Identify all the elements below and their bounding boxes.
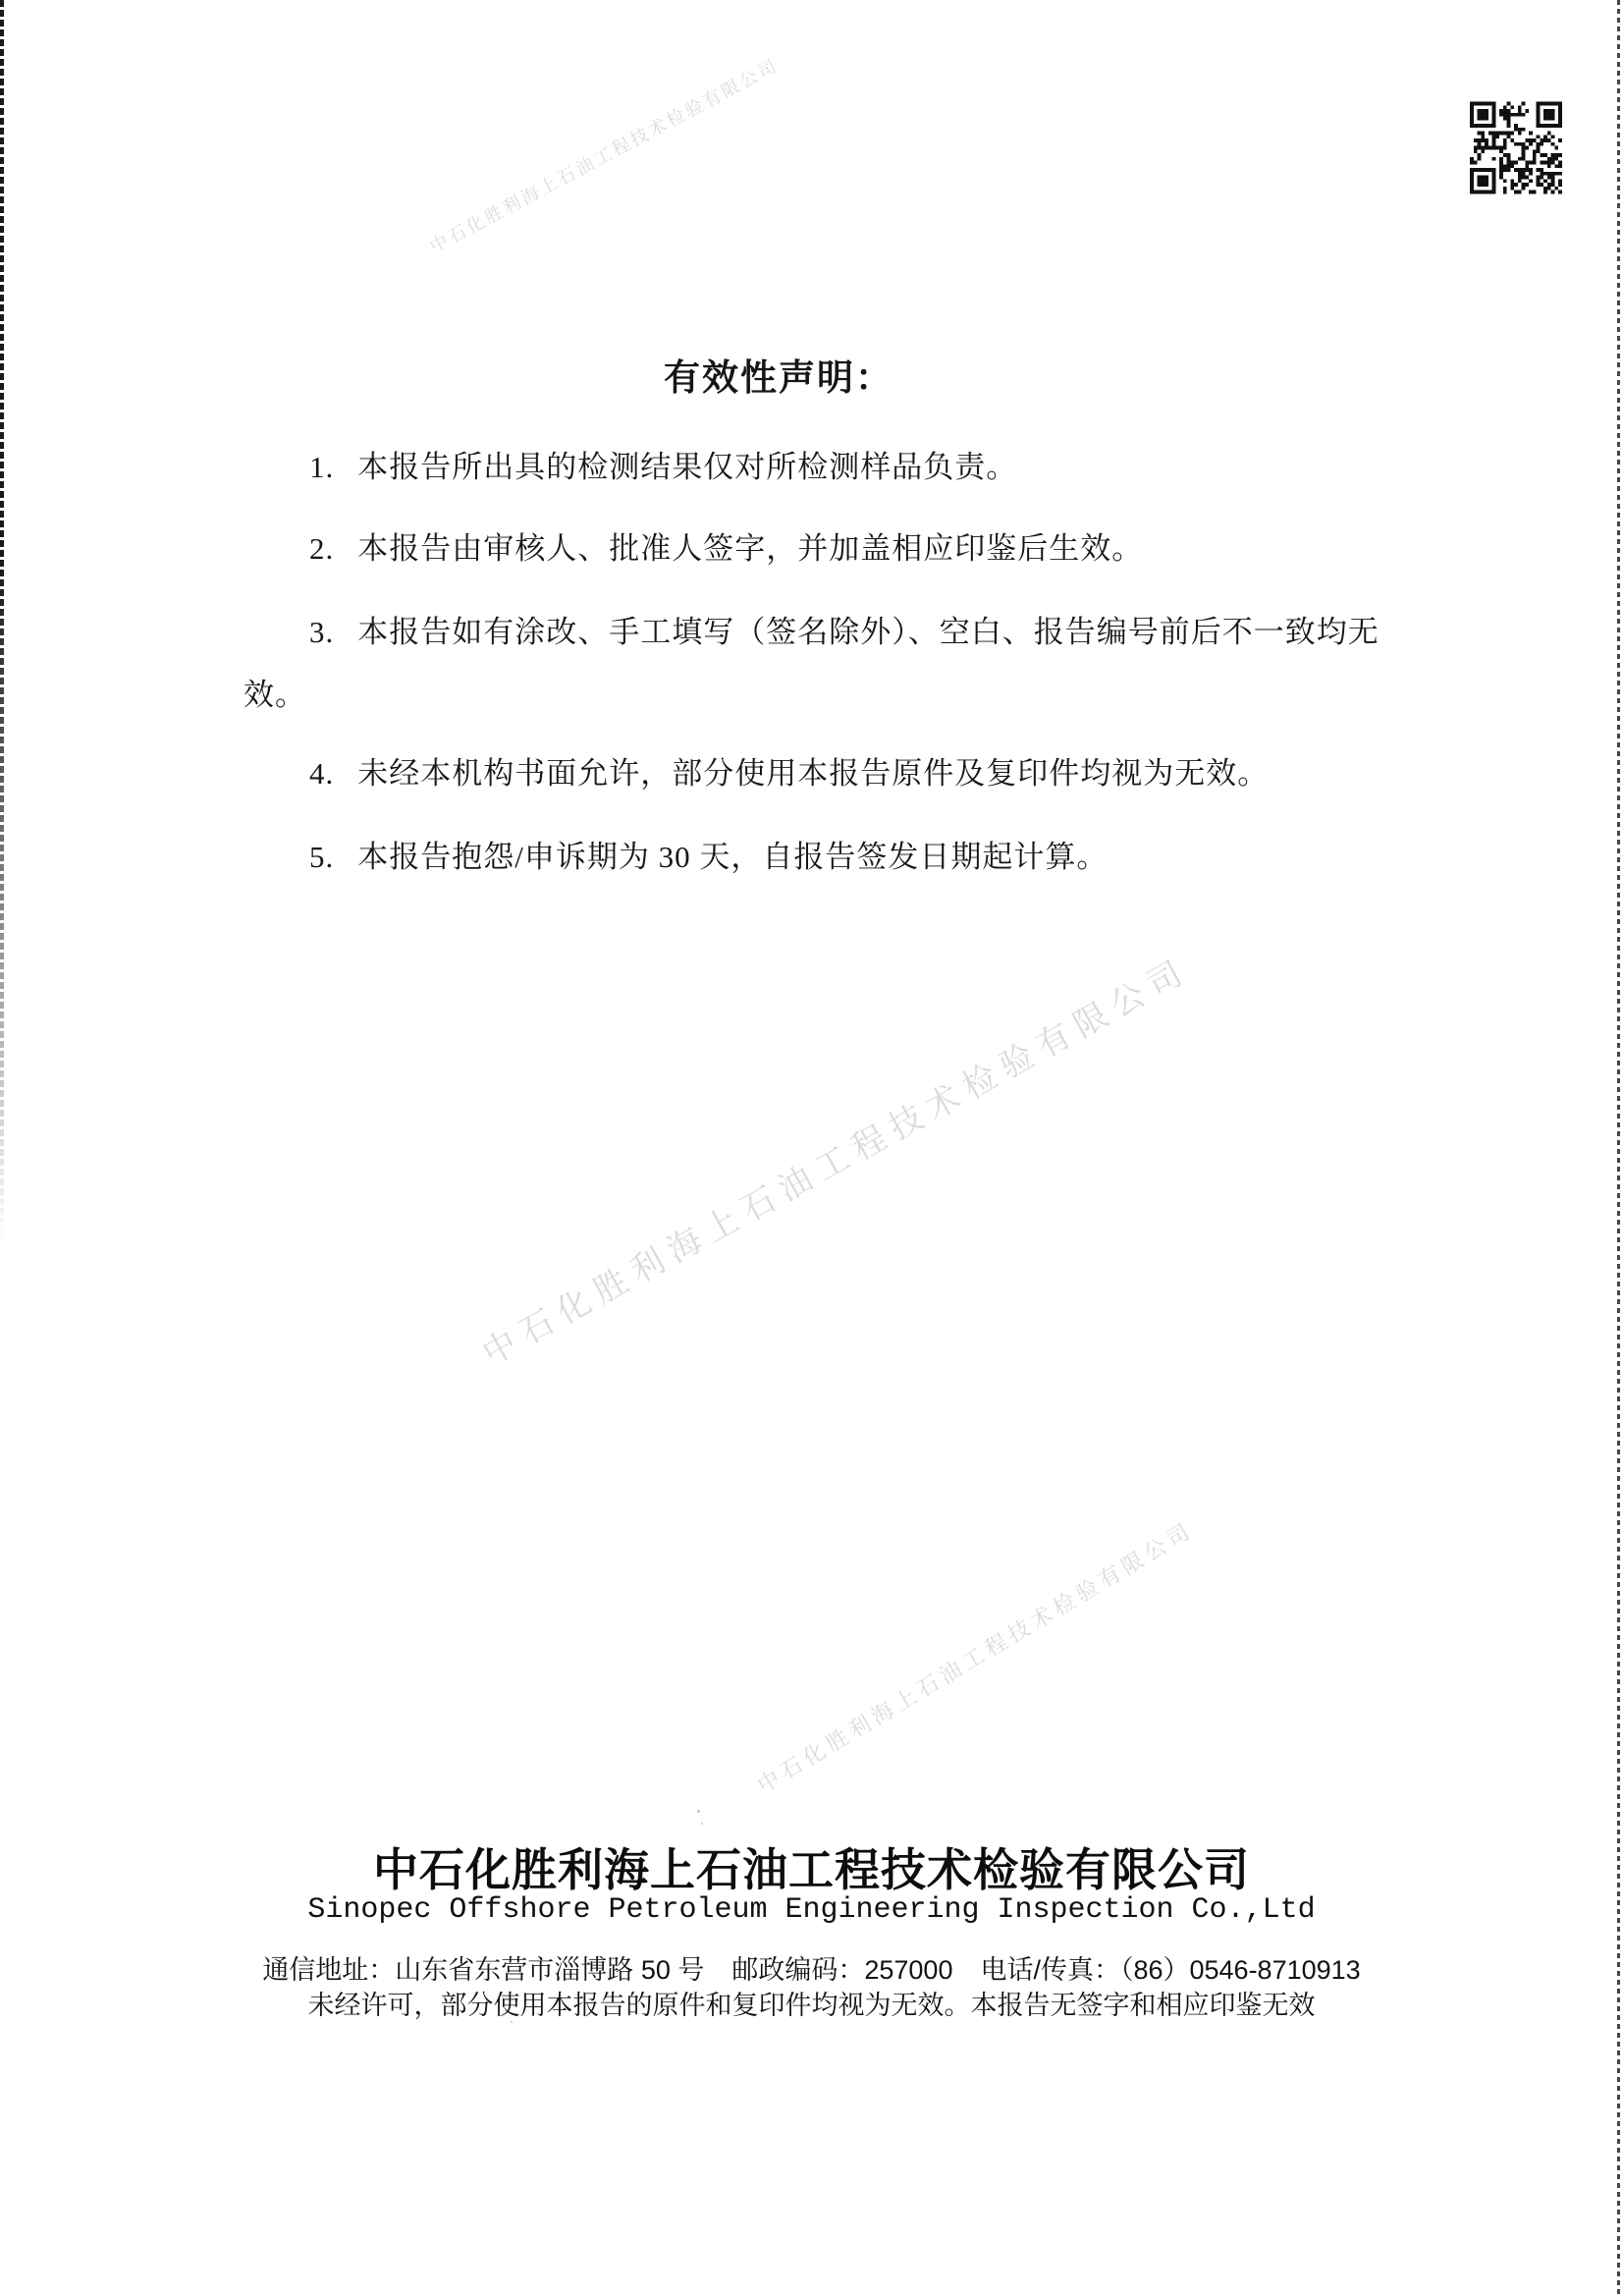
contact-phone: 电话/传真：（86）0546-8710913: [980, 1955, 1360, 1985]
footer-notice: 未经许可，部分使用本报告的原件和复印件均视为无效。本报告无签字和相应印鉴无效: [0, 1984, 1623, 2022]
statement-item-text: 本报告所出具的检测结果仅对所检测样品负责。: [357, 450, 1017, 484]
scan-edge-artifact-left: [0, 0, 4, 1245]
scan-speck: [697, 1810, 700, 1813]
contact-address: 通信地址：山东省东营市淄博路 50 号: [262, 1955, 704, 1985]
page-title: 有效性声明：: [664, 348, 893, 401]
contact-postcode: 邮政编码：257000: [731, 1955, 952, 1985]
statement-item-text: 本报告如有涂改、手工填写（签名除外）、空白、报告编号前后不一致均无效。: [243, 615, 1380, 712]
diagonal-watermark: 中石化胜利海上石油工程技术检验有限公司: [751, 1514, 1199, 1800]
diagonal-watermark: 中石化胜利海上石油工程技术检验有限公司: [425, 52, 784, 258]
scan-speck: [701, 1823, 703, 1825]
statement-item-number: 5.: [309, 840, 334, 874]
company-name-en: Sinopec Offshore Petroleum Engineering I…: [0, 1893, 1623, 1927]
report-validity-page: 中石化胜利海上石油工程技术检验有限公司 中石化胜利海上石油工程技术检验有限公司 …: [0, 0, 1623, 2296]
statement-item: 1.本报告所出具的检测结果仅对所检测样品负责。: [243, 436, 1384, 499]
statement-item: 5.本报告抱怨/申诉期为 30 天，自报告签发日期起计算。: [243, 826, 1384, 889]
company-name-cn: 中石化胜利海上石油工程技术检验有限公司: [0, 1834, 1623, 1899]
statement-item-text: 未经本机构书面允许，部分使用本报告原件及复印件均视为无效。: [357, 756, 1269, 791]
statement-item-number: 1.: [309, 450, 334, 484]
statement-item-text: 本报告抱怨/申诉期为 30 天，自报告签发日期起计算。: [357, 840, 1108, 874]
statement-item: 4.未经本机构书面允许，部分使用本报告原件及复印件均视为无效。: [243, 742, 1384, 805]
statement-item: 3.本报告如有涂改、手工填写（签名除外）、空白、报告编号前后不一致均无效。: [243, 601, 1384, 727]
diagonal-watermark: 中石化胜利海上石油工程技术检验有限公司: [472, 944, 1197, 1375]
statement-item-number: 3.: [309, 615, 334, 649]
qr-code: [1470, 101, 1562, 194]
statement-item-number: 4.: [309, 756, 334, 791]
statement-item-text: 本报告由审核人、批准人签字，并加盖相应印鉴后生效。: [357, 531, 1143, 566]
company-contact-line: 通信地址：山东省东营市淄博路 50 号邮政编码：257000电话/传真：（86）…: [0, 1948, 1623, 1987]
statement-item: 2.本报告由审核人、批准人签字，并加盖相应印鉴后生效。: [243, 518, 1384, 580]
statement-item-number: 2.: [309, 531, 334, 566]
